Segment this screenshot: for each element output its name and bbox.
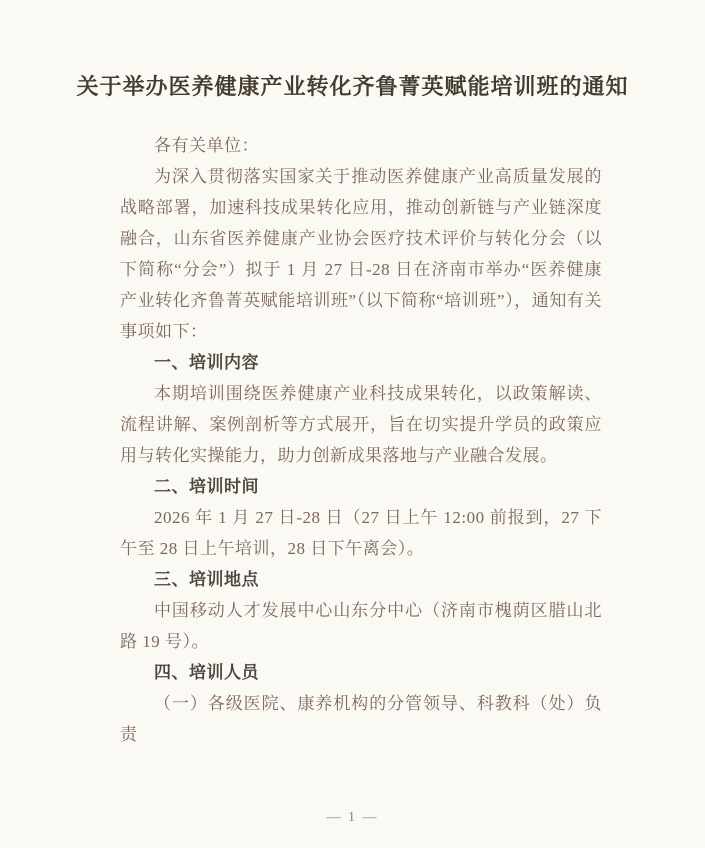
section-body-training-personnel: （一）各级医院、康养机构的分管领导、科教科（处）负责: [120, 688, 602, 750]
page-number: — 1 —: [0, 810, 705, 826]
section-heading-training-content: 一、培训内容: [120, 347, 602, 378]
section-heading-training-time: 二、培训时间: [120, 471, 602, 502]
document-body: 各有关单位： 为深入贯彻落实国家关于推动医养健康产业高质量发展的战略部署，加速科…: [120, 130, 602, 750]
section-body-training-content: 本期培训围绕医养健康产业科技成果转化，以政策解读、流程讲解、案例剖析等方式展开，…: [120, 378, 602, 471]
document-title: 关于举办医养健康产业转化齐鲁菁英赋能培训班的通知: [0, 0, 705, 103]
intro-paragraph: 为深入贯彻落实国家关于推动医养健康产业高质量发展的战略部署，加速科技成果转化应用…: [120, 161, 602, 347]
section-body-training-time: 2026 年 1 月 27 日-28 日（27 日上午 12:00 前报到，27…: [120, 502, 602, 564]
section-heading-training-location: 三、培训地点: [120, 564, 602, 595]
section-body-training-location: 中国移动人才发展中心山东分中心（济南市槐荫区腊山北路 19 号）。: [120, 595, 602, 657]
notice-document-page: 关于举办医养健康产业转化齐鲁菁英赋能培训班的通知 各有关单位： 为深入贯彻落实国…: [0, 0, 705, 848]
salutation: 各有关单位：: [120, 130, 602, 161]
section-heading-training-personnel: 四、培训人员: [120, 657, 602, 688]
